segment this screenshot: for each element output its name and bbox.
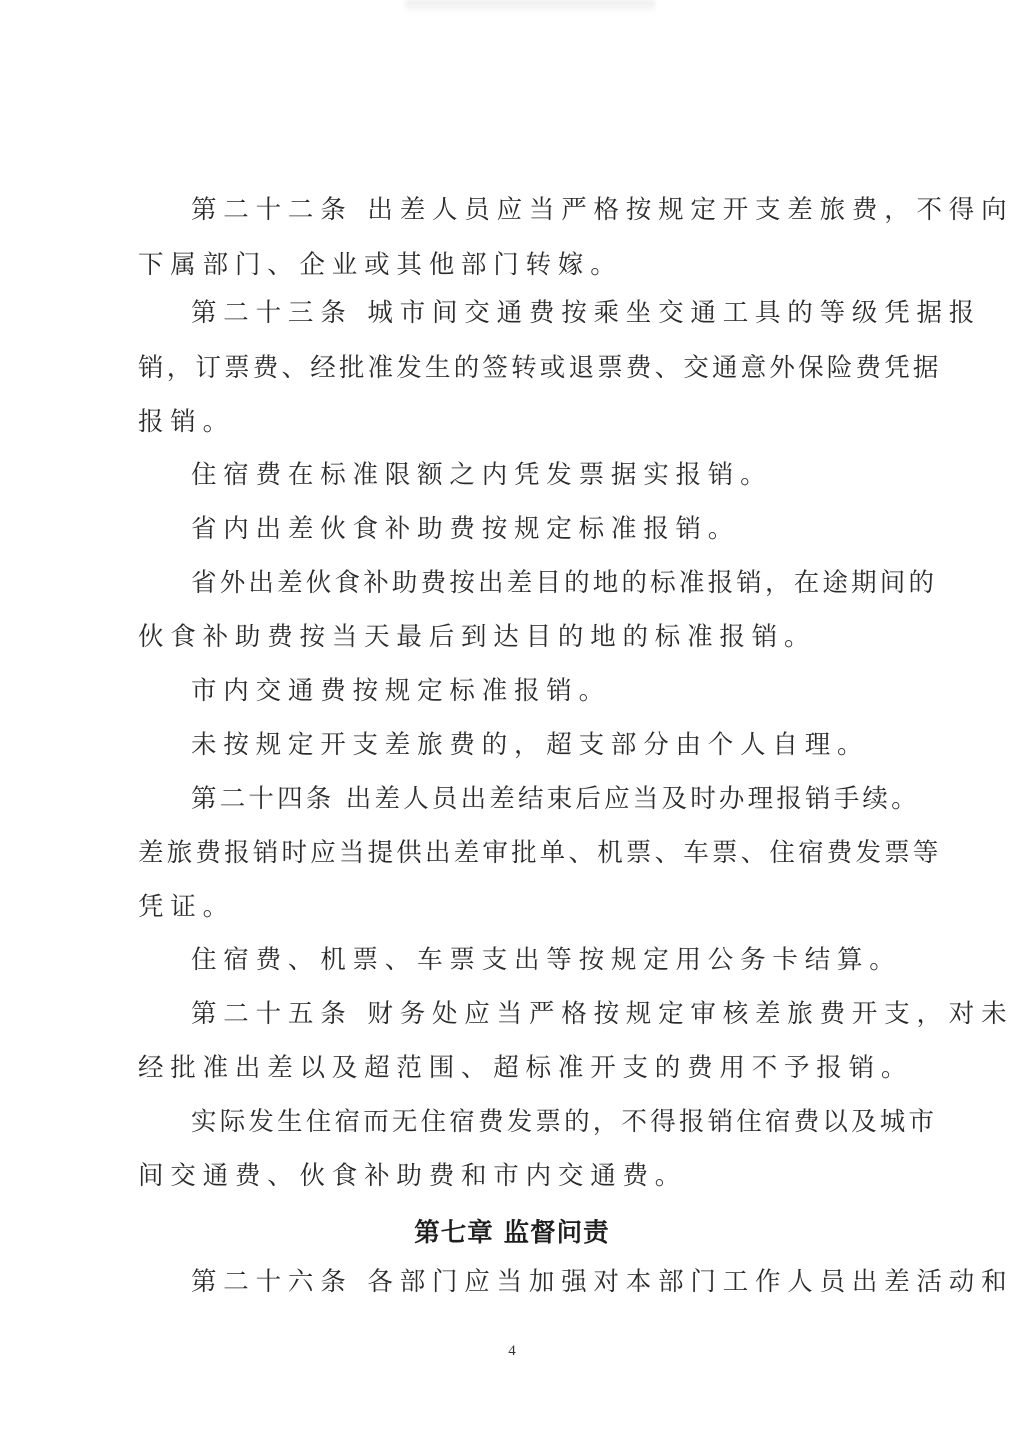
- paragraph-line: 差旅费报销时应当提供出差审批单、机票、车票、住宿费发票等: [138, 838, 942, 868]
- page-number: 4: [0, 1343, 1024, 1360]
- paragraph-line: 省内出差伙食补助费按规定标准报销。: [191, 514, 740, 544]
- paragraph-line: 凭证。: [138, 892, 235, 922]
- paragraph-line-article-26: 第二十六条 各部门应当加强对本部门工作人员出差活动和: [191, 1267, 1013, 1297]
- paragraph-line: 市内交通费按规定标准报销。: [191, 676, 611, 706]
- paragraph-line-article-24: 第二十四条 出差人员出差结束后应当及时办理报销手续。: [191, 784, 920, 814]
- paragraph-line: 未按规定开支差旅费的，超支部分由个人自理。: [191, 730, 869, 760]
- paragraph-line: 间交通费、伙食补助费和市内交通费。: [138, 1161, 687, 1191]
- paragraph-line: 经批准出差以及超范围、超标准开支的费用不予报销。: [138, 1053, 913, 1083]
- paragraph-line: 实际发生住宿而无住宿费发票的，不得报销住宿费以及城市: [191, 1107, 937, 1137]
- document-page: 第二十二条 出差人员应当严格按规定开支差旅费，不得向 下属部门、企业或其他部门转…: [0, 0, 1024, 1447]
- paragraph-line-article-23: 第二十三条 城市间交通费按乘坐交通工具的等级凭据报: [191, 298, 981, 328]
- paragraph-line-article-25: 第二十五条 财务处应当严格按规定审核差旅费开支，对未: [191, 999, 1013, 1029]
- paragraph-line: 销，订票费、经批准发生的签转或退票费、交通意外保险费凭据: [138, 353, 942, 383]
- paragraph-line-article-22: 第二十二条 出差人员应当严格按规定开支差旅费，不得向: [191, 195, 1013, 225]
- paragraph-line: 下属部门、企业或其他部门转嫁。: [138, 250, 623, 280]
- paragraph-line: 报销。: [138, 407, 235, 437]
- paragraph-line: 住宿费在标准限额之内凭发票据实报销。: [191, 460, 772, 490]
- paragraph-line: 住宿费、机票、车票支出等按规定用公务卡结算。: [191, 945, 902, 975]
- paragraph-line: 伙食补助费按当天最后到达目的地的标准报销。: [138, 622, 816, 652]
- chapter-heading: 第七章 监督问责: [0, 1213, 1024, 1249]
- paragraph-line: 省外出差伙食补助费按出差目的地的标准报销，在途期间的: [191, 568, 937, 598]
